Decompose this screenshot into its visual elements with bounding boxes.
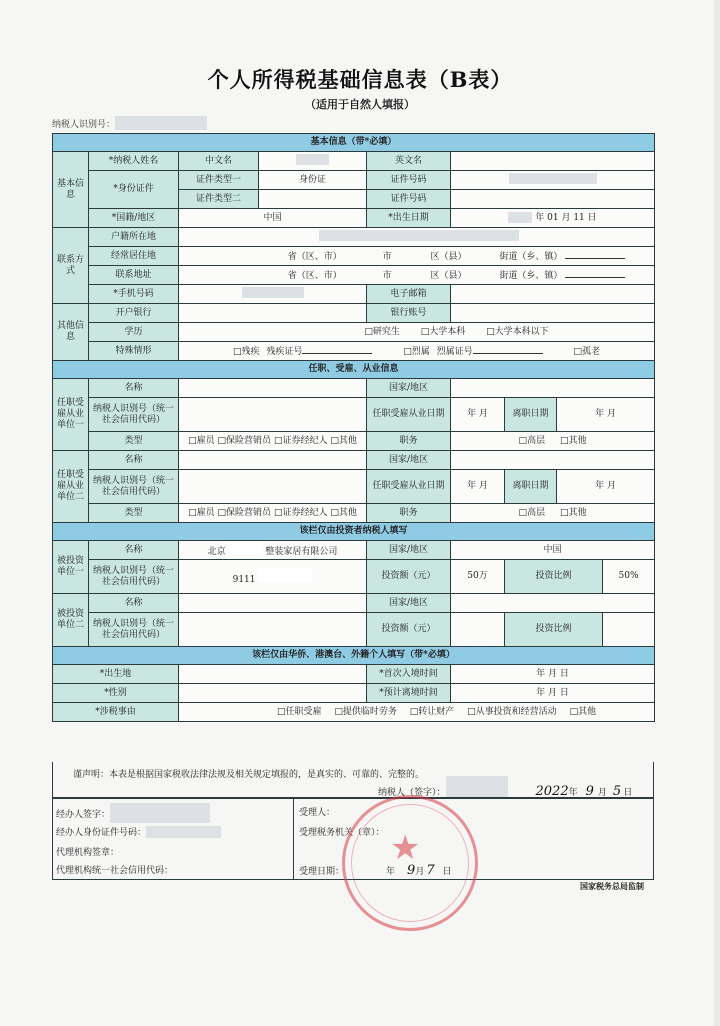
group-other: 其他信息	[53, 304, 89, 361]
investee-1-tin-prefix: 9111	[233, 575, 256, 585]
street-blank[interactable]	[565, 250, 625, 259]
special-checkbox-martyr[interactable]: 烈属	[403, 347, 430, 357]
mobile-label: *手机号码	[89, 285, 179, 304]
taxpayer-id-field[interactable]	[115, 116, 207, 130]
residence-field[interactable]: 省（区、市） 市 区（县） 街道（乡、镇）	[179, 247, 655, 266]
investee-1-tin-field[interactable]: 9111	[179, 560, 367, 594]
employer-2-tin-field[interactable]	[179, 470, 367, 504]
agency-seal-label: 代理机构签章：	[56, 845, 119, 858]
investee-1-country-label: 国家/地区	[367, 541, 451, 560]
employer-2-type-label: 类型	[89, 504, 179, 523]
position-checkbox-senior[interactable]: 高层	[519, 436, 546, 446]
employer-2-name-field[interactable]	[179, 451, 367, 470]
type-checkbox-employee[interactable]: 雇员	[188, 436, 215, 446]
taxpayer-id-label: 纳税人识别号：	[52, 117, 115, 130]
employer-2-position-label: 职务	[367, 504, 451, 523]
section-header-overseas: 该栏仅由华侨、港澳台、外籍个人填写（带*必填）	[53, 647, 655, 665]
id-type2-label: 证件类型二	[179, 190, 259, 209]
investee-2-name-label: 名称	[89, 594, 179, 613]
agent-id-field[interactable]	[146, 826, 221, 838]
id-no2-label: 证件号码	[367, 190, 451, 209]
nationality-label: *国籍/地区	[89, 209, 179, 228]
expected-exit-label: *预计离境时间	[367, 684, 451, 703]
special-options: 残疾 残疾证号 烈属 烈属证号 孤老	[179, 342, 655, 361]
birthplace-label: *出生地	[53, 665, 179, 684]
employer-1-position-label: 职务	[367, 432, 451, 451]
employer-1-name-label: 名称	[89, 379, 179, 398]
id-type1-label: 证件类型一	[179, 171, 259, 190]
section-header-basic: 基本信息（带*必填）	[53, 134, 655, 152]
investee-2-tin-label: 纳税人识别号（统一社会信用代码）	[89, 613, 179, 647]
nationality-field[interactable]: 中国	[179, 209, 367, 228]
id-no-label: 证件号码	[367, 171, 451, 190]
employer-1-country-label: 国家/地区	[367, 379, 451, 398]
bank-field[interactable]	[179, 304, 367, 323]
type-checkbox-broker[interactable]: 证券经纪人	[274, 436, 328, 446]
agency-code-label: 代理机构统一社会信用代码：	[56, 863, 173, 876]
tax-reason-label: *涉税事由	[53, 703, 179, 722]
employer-2-type-options: 雇员 保险营销员 证券经纪人 其他	[179, 504, 367, 523]
reason-checkbox-employment[interactable]: 任职受雇	[277, 707, 322, 717]
investee-2-tin-field[interactable]	[179, 613, 367, 647]
special-checkbox-elderly[interactable]: 孤老	[574, 347, 601, 357]
taxpayer-id-line: 纳税人识别号：	[52, 116, 207, 130]
education-checkbox-bachelor[interactable]: 大学本科	[421, 327, 466, 337]
signature-field[interactable]	[446, 776, 508, 798]
employer-1-leave-field[interactable]: 年 月	[557, 398, 655, 432]
en-name-label: 英文名	[367, 152, 451, 171]
employer-2-country-label: 国家/地区	[367, 451, 451, 470]
acceptance-day: 7	[426, 863, 434, 878]
investee-2-country-label: 国家/地区	[367, 594, 451, 613]
group-investee-2: 被投资单位二	[53, 594, 89, 647]
basic-info-table: 基本信息（带*必填） 基本信息 *纳税人姓名 中文名 英文名 *身份证件 证件类…	[52, 133, 655, 722]
martyr-cert-label: 烈属证号	[437, 347, 473, 357]
city-text: 市	[383, 252, 392, 262]
investee-1-name-prefix: 北京	[208, 547, 226, 557]
birthplace-field[interactable]	[179, 665, 367, 684]
investee-1-amount-field[interactable]: 50万	[451, 560, 505, 594]
paper-edge	[714, 0, 720, 1026]
en-name-field[interactable]	[451, 152, 655, 171]
agent-acceptance-box: 经办人签字： 经办人身份证件号码： 代理机构签章： 代理机构统一社会信用代码： …	[52, 797, 654, 880]
investee-2-name-field[interactable]	[179, 594, 367, 613]
form-title: 个人所得税基础信息表（B表）	[0, 64, 720, 94]
reason-checkbox-investment[interactable]: 从事投资和经营活动	[467, 707, 557, 717]
footer-issuer: 国家税务总局监制	[580, 881, 644, 892]
investee-2-ratio-field[interactable]	[603, 613, 655, 647]
education-label: 学历	[89, 323, 179, 342]
employer-1-tin-field[interactable]	[179, 398, 367, 432]
disabled-cert-blank[interactable]	[302, 345, 372, 354]
employer-1-country-field[interactable]	[451, 379, 655, 398]
birth-label: *出生日期	[367, 209, 451, 228]
first-entry-label: *首次入境时间	[367, 665, 451, 684]
type-checkbox-employee[interactable]: 雇员	[188, 508, 215, 518]
agent-id-label: 经办人身份证件号码：	[56, 825, 146, 838]
employer-2-leave-label: 离职日期	[505, 470, 557, 504]
street-text: 街道（乡、镇）	[499, 252, 562, 262]
redacted-block	[242, 287, 304, 298]
street-blank[interactable]	[565, 269, 625, 278]
city-text: 市	[383, 271, 392, 281]
investee-1-ratio-field[interactable]: 50%	[603, 560, 655, 594]
disabled-cert-label: 残疾证号	[266, 347, 302, 357]
investee-2-country-field[interactable]	[451, 594, 655, 613]
id-type1-field[interactable]: 身份证	[259, 171, 367, 190]
investee-1-country-field[interactable]: 中国	[451, 541, 655, 560]
investee-2-ratio-label: 投资比例	[505, 613, 603, 647]
redacted-block	[229, 543, 263, 554]
group-employer-2: 任职受雇从业单位二	[53, 451, 89, 523]
investee-1-amount-label: 投资额（元）	[367, 560, 451, 594]
investee-2-amount-label: 投资额（元）	[367, 613, 451, 647]
acceptance-year-label: 年	[386, 864, 395, 877]
education-checkbox-below[interactable]: 大学本科以下	[486, 327, 549, 337]
name-label: *纳税人姓名	[89, 152, 179, 171]
province-text: 省（区、市）	[288, 252, 342, 262]
employer-2-country-field[interactable]	[451, 451, 655, 470]
id-label: *身份证件	[89, 171, 179, 209]
special-label: 特殊情形	[89, 342, 179, 361]
group-contact: 联系方式	[53, 228, 89, 304]
type-checkbox-other[interactable]: 其他	[330, 436, 357, 446]
id-no-field[interactable]	[451, 171, 655, 190]
gender-field[interactable]	[179, 684, 367, 703]
redacted-block	[258, 568, 312, 582]
account-label: 银行账号	[367, 304, 451, 323]
form-subtitle: （适用于自然人填报）	[0, 96, 720, 112]
employer-1-start-label: 任职受雇从业日期	[367, 398, 451, 432]
redacted-block	[319, 230, 519, 241]
investee-1-tin-label: 纳税人识别号（统一社会信用代码）	[89, 560, 179, 594]
employer-2-tin-label: 纳税人识别号（统一社会信用代码）	[89, 470, 179, 504]
martyr-cert-blank[interactable]	[473, 345, 543, 354]
gender-label: *性别	[53, 684, 179, 703]
declaration-block: 谨声明：本表是根据国家税收法律法规及相关规定填报的，是真实的、可靠的、完整的。 …	[52, 762, 654, 797]
investee-2-amount-field[interactable]	[451, 613, 505, 647]
employer-1-start-field[interactable]: 年 月	[451, 398, 505, 432]
position-checkbox-other[interactable]: 其他	[560, 436, 587, 446]
agent-section: 经办人签字： 经办人身份证件号码： 代理机构签章： 代理机构统一社会信用代码：	[53, 799, 294, 879]
employer-1-name-field[interactable]	[179, 379, 367, 398]
employer-1-type-options: 雇员 保险营销员 证券经纪人 其他	[179, 432, 367, 451]
education-options: 研究生 大学本科 大学本科以下	[179, 323, 655, 342]
email-field[interactable]	[451, 285, 655, 304]
type-checkbox-insurance[interactable]: 保险营销员	[218, 508, 272, 518]
authority-label: 受理税务机关（章）：	[299, 825, 385, 838]
address-field[interactable]: 省（区、市） 市 区（县） 街道（乡、镇）	[179, 266, 655, 285]
cn-name-field[interactable]	[259, 152, 367, 171]
employer-2-start-label: 任职受雇从业日期	[367, 470, 451, 504]
street-text: 街道（乡、镇）	[499, 271, 562, 281]
employer-1-tin-label: 纳税人识别号（统一社会信用代码）	[89, 398, 179, 432]
group-employer-1: 任职受雇从业单位一	[53, 379, 89, 451]
special-checkbox-disabled[interactable]: 残疾	[233, 347, 260, 357]
section-header-employment: 任职、受雇、从业信息	[53, 361, 655, 379]
acceptance-month-label: 月	[415, 864, 424, 877]
group-basic: 基本信息	[53, 152, 89, 228]
province-text: 省（区、市）	[288, 271, 342, 281]
agent-sign-field[interactable]	[110, 803, 210, 823]
address-label: 联系地址	[89, 266, 179, 285]
reason-checkbox-other[interactable]: 其他	[570, 707, 597, 717]
employer-2-leave-field[interactable]: 年 月	[557, 470, 655, 504]
employer-2-position-options: 高层 其他	[451, 504, 655, 523]
investee-1-name-field[interactable]: 北京 整装家居有限公司	[179, 541, 367, 560]
first-entry-field[interactable]: 年 月 日	[451, 665, 655, 684]
birth-date-text: 年 01 月 11 日	[535, 213, 596, 223]
acceptance-month: 9	[407, 863, 415, 878]
acceptor-label: 受理人：	[299, 805, 335, 818]
household-field[interactable]	[179, 228, 655, 247]
investee-1-name-suffix: 整装家居有限公司	[265, 547, 337, 557]
type-checkbox-other[interactable]: 其他	[330, 508, 357, 518]
education-checkbox-graduate[interactable]: 研究生	[364, 327, 400, 337]
type-checkbox-insurance[interactable]: 保险营销员	[218, 436, 272, 446]
investee-1-ratio-label: 投资比例	[505, 560, 603, 594]
household-label: 户籍所在地	[89, 228, 179, 247]
agent-sign-label: 经办人签字：	[56, 807, 110, 820]
bank-label: 开户银行	[89, 304, 179, 323]
employer-2-name-label: 名称	[89, 451, 179, 470]
employer-1-position-options: 高层 其他	[451, 432, 655, 451]
reason-checkbox-transfer[interactable]: 转让财产	[410, 707, 455, 717]
birth-field[interactable]: 年 01 月 11 日	[451, 209, 655, 228]
acceptance-day-label: 日	[443, 864, 452, 877]
group-investee-1: 被投资单位一	[53, 541, 89, 594]
tax-reason-options: 任职受雇 提供临时劳务 转让财产 从事投资和经营活动 其他	[179, 703, 655, 722]
cn-name-label: 中文名	[179, 152, 259, 171]
account-field[interactable]	[451, 304, 655, 323]
mobile-field[interactable]	[179, 285, 367, 304]
investee-1-name-label: 名称	[89, 541, 179, 560]
residence-label: 经常居住地	[89, 247, 179, 266]
district-text: 区（县）	[431, 271, 467, 281]
email-label: 电子邮箱	[367, 285, 451, 304]
position-checkbox-other[interactable]: 其他	[560, 508, 587, 518]
section-header-investment: 该栏仅由投资者纳税人填写	[53, 523, 655, 541]
id-no2-field[interactable]	[451, 190, 655, 209]
id-type2-field[interactable]	[259, 190, 367, 209]
declaration-statement: 谨声明：本表是根据国家税收法律法规及相关规定填报的，是真实的、可靠的、完整的。	[73, 767, 424, 780]
expected-exit-field[interactable]: 年 月 日	[451, 684, 655, 703]
redacted-block	[508, 212, 532, 223]
reason-checkbox-temp-service[interactable]: 提供临时劳务	[334, 707, 397, 717]
acceptance-date-label: 受理日期：	[299, 864, 344, 877]
redacted-block	[296, 154, 329, 165]
district-text: 区（县）	[431, 252, 467, 262]
position-checkbox-senior[interactable]: 高层	[519, 508, 546, 518]
redacted-block	[509, 173, 597, 184]
employer-1-leave-label: 离职日期	[505, 398, 557, 432]
type-checkbox-broker[interactable]: 证券经纪人	[274, 508, 328, 518]
employer-1-type-label: 类型	[89, 432, 179, 451]
employer-2-start-field[interactable]: 年 月	[451, 470, 505, 504]
